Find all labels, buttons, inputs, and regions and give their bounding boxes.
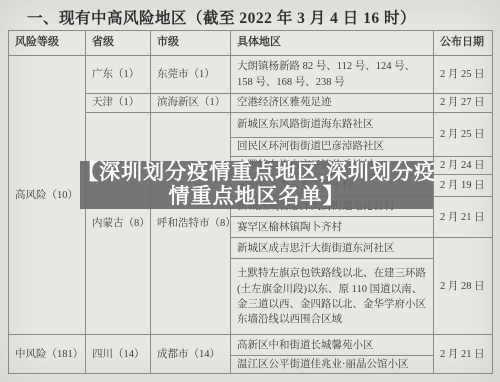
date-cell: 2 月 28 日 [434, 238, 493, 335]
area-cell: 温江区公平街道佳兆业·丽晶公馆小区 [231, 356, 434, 374]
header-date: 公布日期 [434, 31, 493, 56]
document-title: 一、现有中高风险地区（截至 2022 年 3 月 4 日 16 时） [27, 6, 487, 28]
date-cell: 2 月 21 日 [434, 335, 493, 374]
date-cell: 2 月 25 日 [434, 56, 493, 94]
risk-level-high-cell: 高风险（10） [9, 56, 86, 335]
area-cell: 大朗镇杨新路 82 号、112 号、124 号、158 号、168 号、238 … [231, 56, 434, 94]
area-cell: 空港经济区雅苑足迹 [231, 94, 434, 113]
watermark-overlay: 【深圳划分疫情重点地区,深圳划分疫 情重点地区名单】 [80, 161, 433, 209]
province-cell: 天津（1） [86, 94, 151, 113]
risk-level-medium-cell: 中风险（181） [9, 335, 86, 374]
document-page: 一、现有中高风险地区（截至 2022 年 3 月 4 日 16 时） 风险等级 … [0, 0, 500, 382]
province-cell: 广东（1） [86, 56, 151, 94]
area-cell: 高新区中和街道长城馨苑小区 [231, 335, 434, 356]
watermark-line1: 【深圳划分疫情重点地区,深圳划分疫 [77, 161, 436, 185]
table-row: 中风险（181） 四川（14） 成都市（14） 高新区中和街道长城馨苑小区 2 … [9, 335, 493, 356]
city-cell: 呼和浩特市（8） [151, 113, 231, 335]
header-risk-level: 风险等级 [9, 31, 86, 56]
area-cell: 新城区成吉思汗大街街道东河社区 [231, 238, 434, 259]
city-cell: 成都市（14） [151, 335, 231, 374]
date-cell: 2 月 19 日 [434, 175, 493, 197]
table-header-row: 风险等级 省级 市级 具体地区 公布日期 [9, 31, 493, 56]
city-cell: 滨海新区（1） [151, 94, 231, 113]
watermark-line2: 情重点地区名单】 [169, 185, 345, 209]
header-city: 市级 [151, 31, 231, 56]
header-province: 省级 [86, 31, 151, 56]
area-cell: 新城区东风路街道海东路社区 [231, 113, 434, 138]
date-cell: 2 月 25 日 [434, 113, 493, 157]
table-row: 高风险（10） 广东（1） 东莞市（1） 大朗镇杨新路 82 号、112 号、1… [9, 56, 493, 94]
date-cell: 2 月 24 日 [434, 157, 493, 175]
area-cell: 赛罕区榆林镇陶卜齐村 [231, 217, 434, 238]
date-cell: 2 月 21 日 [434, 197, 493, 238]
date-cell: 2 月 27 日 [434, 94, 493, 113]
province-cell: 四川（14） [86, 335, 151, 374]
area-cell: 土默特左旗京包铁路线以北、在建三环路(土左旗金川段)以东、原 110 国道以南、… [231, 259, 434, 335]
city-cell: 东莞市（1） [151, 56, 231, 94]
header-area: 具体地区 [231, 31, 434, 56]
area-cell: 回民区环河街街道巴彦淖路社区 [231, 138, 434, 157]
province-cell: 内蒙古（8） [86, 113, 151, 335]
